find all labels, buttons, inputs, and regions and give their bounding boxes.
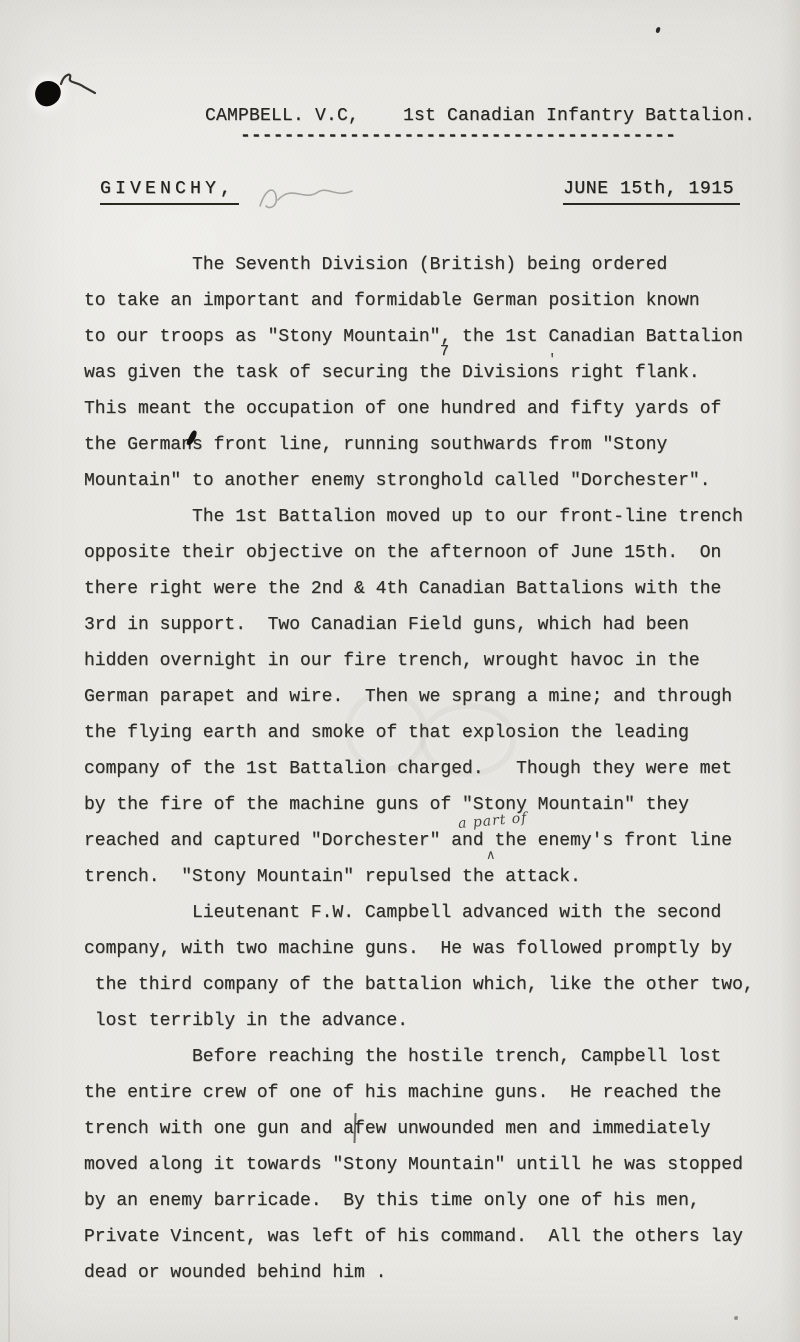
typed-seven-correction: 7: [440, 343, 449, 360]
pencil-scribble: [252, 176, 364, 218]
text-line: the flying earth and smoke of that explo…: [84, 715, 784, 751]
text-line: Before reaching the hostile trench, Camp…: [84, 1039, 784, 1075]
text-line: reached and captured "Dorchester" and th…: [84, 823, 784, 859]
text-line: the entire crew of one of his machine gu…: [84, 1075, 784, 1111]
text-line: company, with two machine guns. He was f…: [84, 931, 784, 967]
text-line: This meant the occupation of one hundred…: [84, 391, 784, 427]
text-line: hidden overnight in our fire trench, wro…: [84, 643, 784, 679]
text-line: to take an important and formidable Germ…: [84, 283, 784, 319]
paper-crease: [8, 1140, 10, 1342]
text-line: by the fire of the machine guns of "Ston…: [84, 787, 784, 823]
place-heading: GIVENCHY,: [100, 179, 239, 205]
text-line: moved along it towards "Stony Mountain" …: [84, 1147, 784, 1183]
text-line: to our troops as "Stony Mountain", the 1…: [84, 319, 784, 355]
insert-caret: ∧: [486, 848, 496, 863]
ink-squiggle-mark: [58, 70, 100, 96]
text-line: Mountain" to another enemy stronghold ca…: [84, 463, 784, 499]
text-line: trench. "Stony Mountain" repulsed the at…: [84, 859, 784, 895]
text-line: company of the 1st Battalion charged. Th…: [84, 751, 784, 787]
text-line: was given the task of securing the Divis…: [84, 355, 784, 391]
text-line: The 1st Battalion moved up to our front-…: [84, 499, 784, 535]
text-line: 3rd in support. Two Canadian Field guns,…: [84, 607, 784, 643]
pencil-speck: [734, 1316, 738, 1320]
document-page: CAMPBELL. V.C, 1st Canadian Infantry Bat…: [0, 0, 800, 1342]
text-line: opposite their objective on the afternoo…: [84, 535, 784, 571]
title-underline: ----------------------------------------: [240, 126, 676, 146]
text-line: The Seventh Division (British) being ord…: [84, 247, 784, 283]
document-body: The Seventh Division (British) being ord…: [84, 247, 784, 1291]
text-line: German parapet and wire. Then we sprang …: [84, 679, 784, 715]
text-line: by an enemy barricade. By this time only…: [84, 1183, 784, 1219]
text-line: Lieutenant F.W. Campbell advanced with t…: [84, 895, 784, 931]
ink-speck: [655, 27, 660, 34]
text-line: lost terribly in the advance.: [84, 1003, 784, 1039]
document-title: CAMPBELL. V.C, 1st Canadian Infantry Bat…: [205, 106, 755, 126]
text-line: Private Vincent, was left of his command…: [84, 1219, 784, 1255]
date-heading: JUNE 15th, 1915: [563, 179, 740, 205]
text-line: the third company of the battalion which…: [84, 967, 784, 1003]
typed-apostrophe-divisions: ': [548, 352, 556, 368]
text-line: trench with one gun and afew unwounded m…: [84, 1111, 784, 1147]
text-line: dead or wounded behind him .: [84, 1255, 784, 1291]
text-line: there right were the 2nd & 4th Canadian …: [84, 571, 784, 607]
